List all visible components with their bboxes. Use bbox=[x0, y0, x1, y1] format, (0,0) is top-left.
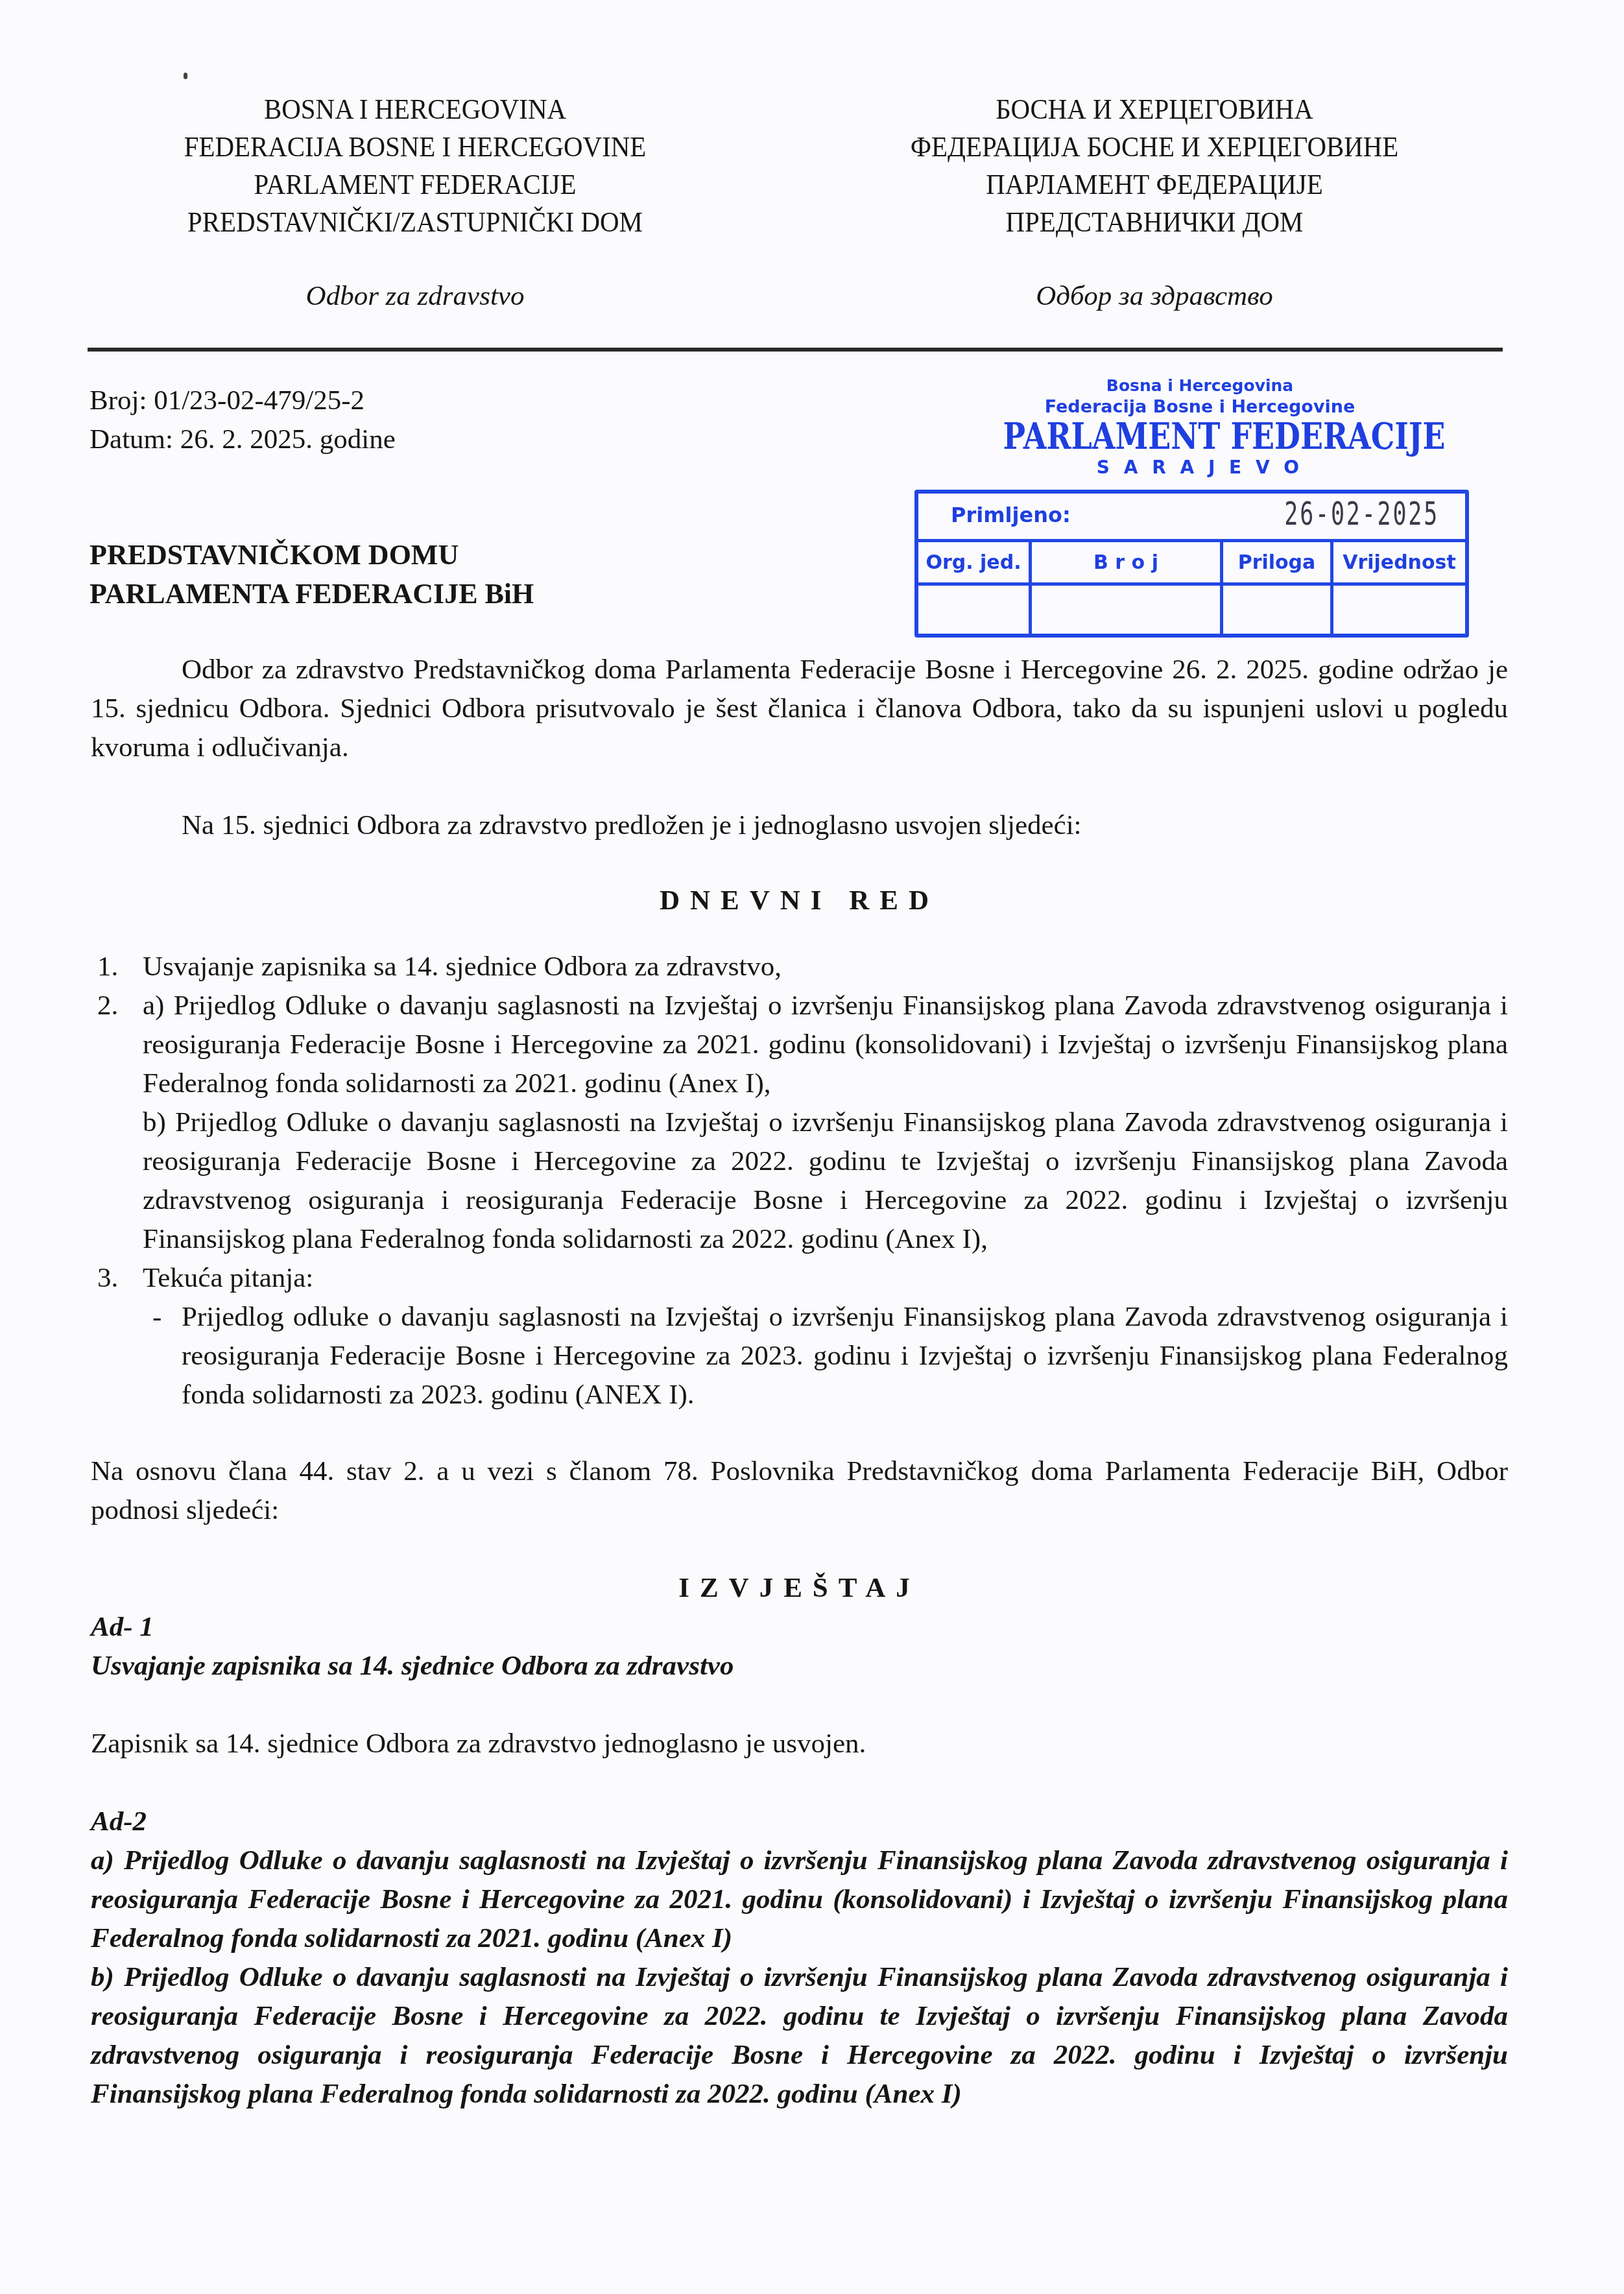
agenda-item-number: 2. bbox=[97, 986, 118, 1025]
stamp-line-1: Bosna i Hercegovina bbox=[960, 376, 1440, 395]
agenda-item: 1. Usvajanje zapisnika sa 14. sjednice O… bbox=[91, 948, 1508, 986]
agenda-item-number: 3. bbox=[97, 1259, 118, 1298]
agenda-dash-item: - Prijedlog odluke o davanju saglasnosti… bbox=[91, 1298, 1508, 1415]
agenda-dash-item-text: Prijedlog odluke o davanju saglasnosti n… bbox=[182, 1302, 1508, 1410]
stamp-received-row: Primljeno: 26-02-2025 bbox=[918, 494, 1465, 542]
agenda-list: 1. Usvajanje zapisnika sa 14. sjednice O… bbox=[91, 948, 1508, 1298]
agenda-item: 2. a) Prijedlog Odluke o davanju saglasn… bbox=[91, 986, 1508, 1259]
stamp-cell-empty bbox=[918, 586, 1032, 634]
stamp-cell-empty bbox=[1223, 586, 1333, 634]
ad1-label: Ad- 1 bbox=[91, 1608, 1508, 1647]
legal-basis-paragraph: Na osnovu člana 44. stav 2. a u vezi s č… bbox=[91, 1452, 1508, 1530]
agenda-subitem-a: a) Prijedlog Odluke o davanju saglasnost… bbox=[143, 986, 1508, 1103]
document-number: Broj: 01/23-02-479/25-2 bbox=[90, 381, 364, 420]
received-stamp-box: Primljeno: 26-02-2025 Org. jed. B r o j … bbox=[914, 490, 1469, 638]
ad2-label: Ad-2 bbox=[91, 1802, 1508, 1841]
agenda-item: 3. Tekuća pitanja: bbox=[91, 1259, 1508, 1298]
document-body: Odbor za zdravstvo Predstavničkog doma P… bbox=[91, 651, 1508, 2114]
header-right-line: ФЕДЕРАЦИЈА БОСНЕ И ХЕРЦЕГОВИНЕ bbox=[853, 128, 1456, 166]
agenda-intro-paragraph: Na 15. sjednici Odbora za zdravstvo pred… bbox=[91, 806, 1508, 845]
ad2-heading-b: b) Prijedlog Odluke o davanju saglasnost… bbox=[91, 1958, 1508, 2114]
header-divider bbox=[88, 348, 1503, 352]
ad1-heading: Usvajanje zapisnika sa 14. sjednice Odbo… bbox=[91, 1647, 1508, 1686]
intro-paragraph: Odbor za zdravstvo Predstavničkog doma P… bbox=[91, 651, 1508, 767]
report-title: IZVJEŠTAJ bbox=[91, 1569, 1508, 1608]
agenda-item-number: 1. bbox=[97, 948, 118, 986]
recipient-block: PREDSTAVNIČKOM DOMU PARLAMENTA FEDERACIJ… bbox=[90, 536, 534, 614]
stamp-col-vrijednost: Vrijednost bbox=[1333, 542, 1465, 582]
stamp-cell-empty bbox=[1333, 586, 1465, 634]
agenda-item-text: Usvajanje zapisnika sa 14. sjednice Odbo… bbox=[143, 951, 782, 982]
stamp-line-3: PARLAMENT FEDERACIJE bbox=[1003, 415, 1397, 458]
committee-name-cyrillic: Одбор за здравство bbox=[830, 280, 1479, 312]
header-left: BOSNA I HERCEGOVINA FEDERACIJA BOSNE I H… bbox=[113, 91, 717, 241]
stamp-col-priloga: Priloga bbox=[1223, 542, 1333, 582]
header-right-line: ПАРЛАМЕНТ ФЕДЕРАЦИЈЕ bbox=[853, 166, 1456, 204]
header-left-line: BOSNA I HERCEGOVINA bbox=[113, 91, 717, 128]
stamp-empty-row bbox=[918, 586, 1465, 634]
stamp-cell-empty bbox=[1032, 586, 1223, 634]
header-left-line: PREDSTAVNIČKI/ZASTUPNIČKI DOM bbox=[113, 204, 717, 241]
header-left-line: PARLAMENT FEDERACIJE bbox=[113, 166, 717, 204]
ad1-text: Zapisnik sa 14. sjednice Odbora za zdrav… bbox=[91, 1725, 1508, 1763]
stamp-line-4: S A R A J E V O bbox=[960, 457, 1440, 478]
header-left-line: FEDERACIJA BOSNE I HERCEGOVINE bbox=[113, 128, 717, 166]
stamp-received-date: 26-02-2025 bbox=[1284, 495, 1439, 532]
stamp-col-org-jed: Org. jed. bbox=[918, 542, 1032, 582]
stamp-header-row: Org. jed. B r o j Priloga Vrijednost bbox=[918, 542, 1465, 586]
scan-speck bbox=[184, 73, 187, 79]
agenda-item-text: Tekuća pitanja: bbox=[143, 1263, 313, 1293]
recipient-line-2: PARLAMENTA FEDERACIJE BiH bbox=[90, 575, 534, 614]
agenda-subitem-b: b) Prijedlog Odluke o davanju saglasnost… bbox=[143, 1103, 1508, 1259]
header-right: БОСНА И ХЕРЦЕГОВИНА ФЕДЕРАЦИЈА БОСНЕ И Х… bbox=[853, 91, 1456, 241]
dash-bullet-icon: - bbox=[152, 1298, 161, 1337]
ad2-heading-a: a) Prijedlog Odluke o davanju saglasnost… bbox=[91, 1841, 1508, 1958]
stamp-col-broj: B r o j bbox=[1032, 542, 1223, 582]
header-right-line: ПРЕДСТАВНИЧКИ ДОМ bbox=[853, 204, 1456, 241]
stamp-line-2: Federacija Bosne i Hercegovine bbox=[960, 397, 1440, 417]
recipient-line-1: PREDSTAVNIČKOM DOMU bbox=[90, 536, 534, 575]
agenda-title: DNEVNI RED bbox=[91, 881, 1508, 920]
stamp-received-label: Primljeno: bbox=[951, 503, 1071, 527]
document-date: Datum: 26. 2. 2025. godine bbox=[90, 420, 396, 459]
header-right-line: БОСНА И ХЕРЦЕГОВИНА bbox=[853, 91, 1456, 128]
committee-name-latin: Odbor za zdravstvo bbox=[91, 280, 739, 312]
